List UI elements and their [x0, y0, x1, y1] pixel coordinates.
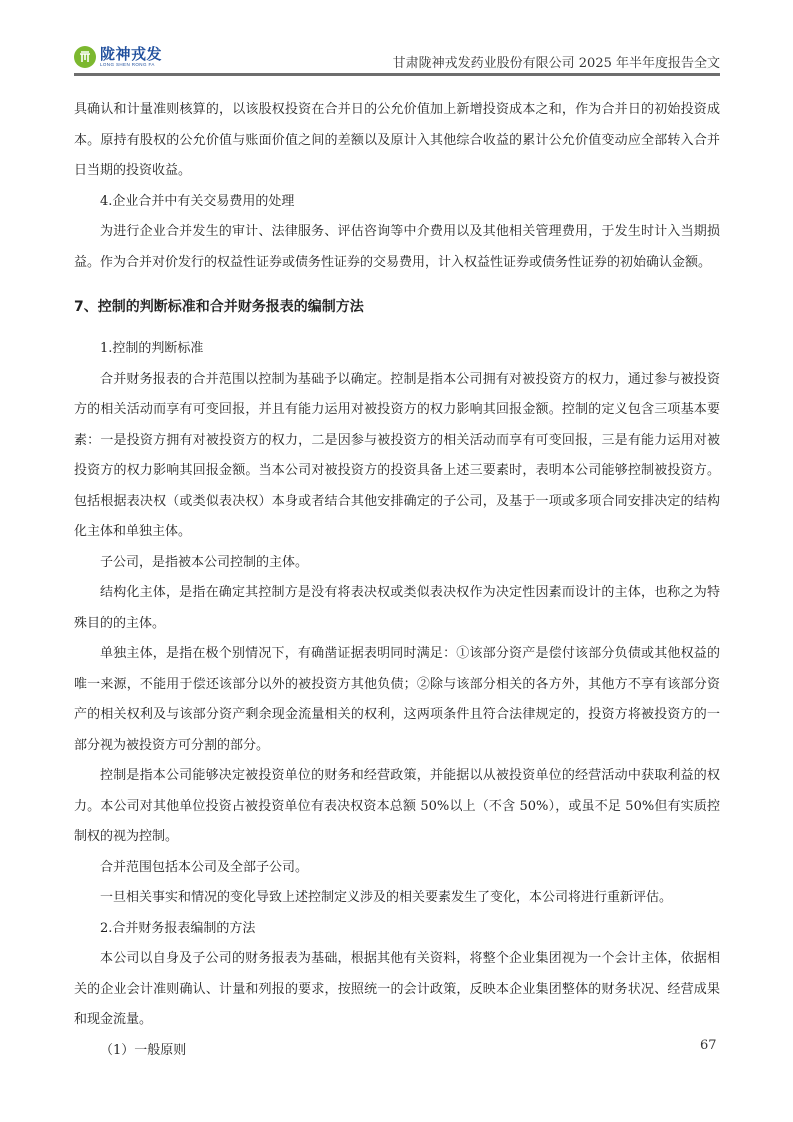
document-body: 具确认和计量准则核算的，以该股权投资在合并日的公允价值加上新增投资成本之和，作为… [74, 95, 720, 1066]
paragraph: 合并范围包括本公司及全部子公司。 [74, 853, 720, 884]
logo-chinese-name: 陇神戎发 [100, 47, 162, 62]
paragraph: 具确认和计量准则核算的，以该股权投资在合并日的公允价值加上新增投资成本之和，作为… [74, 95, 720, 187]
subheading: 4.企业合并中有关交易费用的处理 [74, 187, 720, 218]
paragraph: 子公司，是指被本公司控制的主体。 [74, 548, 720, 579]
subheading: 2.合并财务报表编制的方法 [74, 914, 720, 945]
logo-emblem-icon [74, 46, 96, 68]
paragraph: 一旦相关事实和情况的变化导致上述控制定义涉及的相关要素发生了变化，本公司将进行重… [74, 883, 720, 914]
subheading: 1.控制的判断标准 [74, 334, 720, 365]
paragraph: 合并财务报表的合并范围以控制为基础予以确定。控制是指本公司拥有对被投资方的权力，… [74, 365, 720, 548]
section-heading: 7、控制的判断标准和合并财务报表的编制方法 [74, 292, 720, 322]
page-number: 67 [700, 1038, 717, 1053]
paragraph: 为进行企业合并发生的审计、法律服务、评估咨询等中介费用以及其他相关管理费用，于发… [74, 217, 720, 278]
paragraph: 控制是指本公司能够决定被投资单位的财务和经营政策，并能据以从被投资单位的经营活动… [74, 761, 720, 853]
header-divider [74, 73, 720, 76]
page-header: 陇神戎发 LONG SHEN RONG FA 甘肃陇神戎发药业股份有限公司 20… [74, 44, 720, 74]
company-logo: 陇神戎发 LONG SHEN RONG FA [74, 46, 162, 68]
paragraph: 本公司以自身及子公司的财务报表为基础，根据其他有关资料，将整个企业集团视为一个会… [74, 944, 720, 1036]
subheading: （1）一般原则 [74, 1036, 720, 1067]
logo-english-name: LONG SHEN RONG FA [100, 63, 162, 68]
paragraph: 结构化主体，是指在确定其控制方是没有将表决权或类似表决权作为决定性因素而设计的主… [74, 578, 720, 639]
report-title: 甘肃陇神戎发药业股份有限公司 2025 年半年度报告全文 [393, 52, 720, 71]
paragraph: 单独主体，是指在极个别情况下，有确凿证据表明同时满足：①该部分资产是偿付该部分负… [74, 639, 720, 761]
